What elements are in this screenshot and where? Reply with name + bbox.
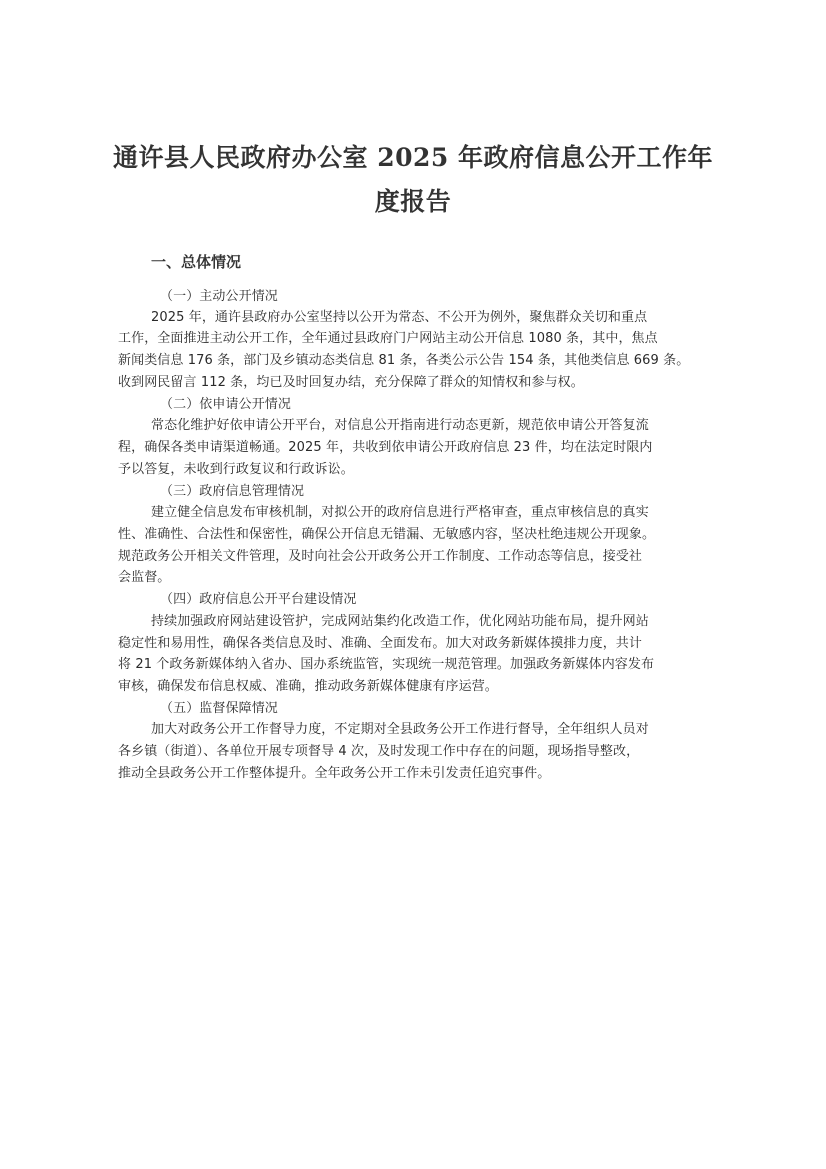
subsection-heading-supervision: （五）监督保障情况	[160, 697, 278, 716]
paragraph-line: 工作，全面推进主动公开工作，全年通过县政府门户网站主动公开信息 1080 条，其…	[118, 327, 658, 346]
paragraph-line: 性、准确性、合法性和保密性，确保公开信息无错漏、无敏感内容，坚决杜绝违规公开现象…	[118, 523, 655, 542]
document-title-line-1: 通许县人民政府办公室 2025 年政府信息公开工作年	[100, 138, 726, 174]
paragraph-line: 加大对政务公开工作督导力度，不定期对全县政务公开工作进行督导，全年组织人员对	[151, 718, 649, 737]
subsection-heading-management: （三）政府信息管理情况	[160, 480, 304, 499]
section-heading-overview: 一、总体情况	[151, 251, 241, 272]
paragraph-line: 2025 年，通许县政府办公室坚持以公开为常态、不公开为例外，聚焦群众关切和重点	[151, 306, 647, 325]
paragraph-line: 予以答复，未收到行政复议和行政诉讼。	[118, 458, 354, 477]
paragraph-line: 推动全县政务公开工作整体提升。全年政务公开工作未引发责任追究事件。	[118, 762, 550, 781]
subsection-heading-proactive: （一）主动公开情况	[160, 285, 278, 304]
paragraph-line: 收到网民留言 112 条，均已及时回复办结，充分保障了群众的知情权和参与权。	[118, 371, 584, 390]
document-page: 通许县人民政府办公室 2025 年政府信息公开工作年 度报告 一、总体情况 （一…	[0, 0, 826, 1169]
subsection-heading-on-request: （二）依申请公开情况	[160, 393, 291, 412]
paragraph-line: 各乡镇（街道）、各单位开展专项督导 4 次，及时发现工作中存在的问题，现场指导整…	[118, 740, 639, 759]
paragraph-line: 程，确保各类申请渠道畅通。2025 年，共收到依申请公开政府信息 23 件，均在…	[118, 436, 653, 455]
paragraph-line: 会监督。	[118, 566, 170, 585]
paragraph-line: 常态化维护好依申请公开平台，对信息公开指南进行动态更新，规范依申请公开答复流	[151, 414, 649, 433]
paragraph-line: 将 21 个政务新媒体纳入省办、国办系统监管，实现统一规范管理。加强政务新媒体内…	[118, 653, 654, 672]
paragraph-line: 规范政务公开相关文件管理，及时向社会公开政务公开工作制度、工作动态等信息，接受社	[118, 545, 642, 564]
paragraph-line: 稳定性和易用性，确保各类信息及时、准确、全面发布。加大对政务新媒体摸排力度，共计	[118, 632, 642, 651]
subsection-heading-platform: （四）政府信息公开平台建设情况	[160, 588, 357, 607]
paragraph-line: 建立健全信息发布审核机制，对拟公开的政府信息进行严格审查，重点审核信息的真实	[151, 501, 649, 520]
paragraph-line: 审核，确保发布信息权威、准确，推动政务新媒体健康有序运营。	[118, 675, 498, 694]
document-title-line-2: 度报告	[100, 182, 726, 218]
paragraph-line: 新闻类信息 176 条，部门及乡镇动态类信息 81 条，各类公示公告 154 条…	[118, 349, 689, 368]
paragraph-line: 持续加强政府网站建设管护，完成网站集约化改造工作，优化网站功能布局，提升网站	[151, 610, 649, 629]
